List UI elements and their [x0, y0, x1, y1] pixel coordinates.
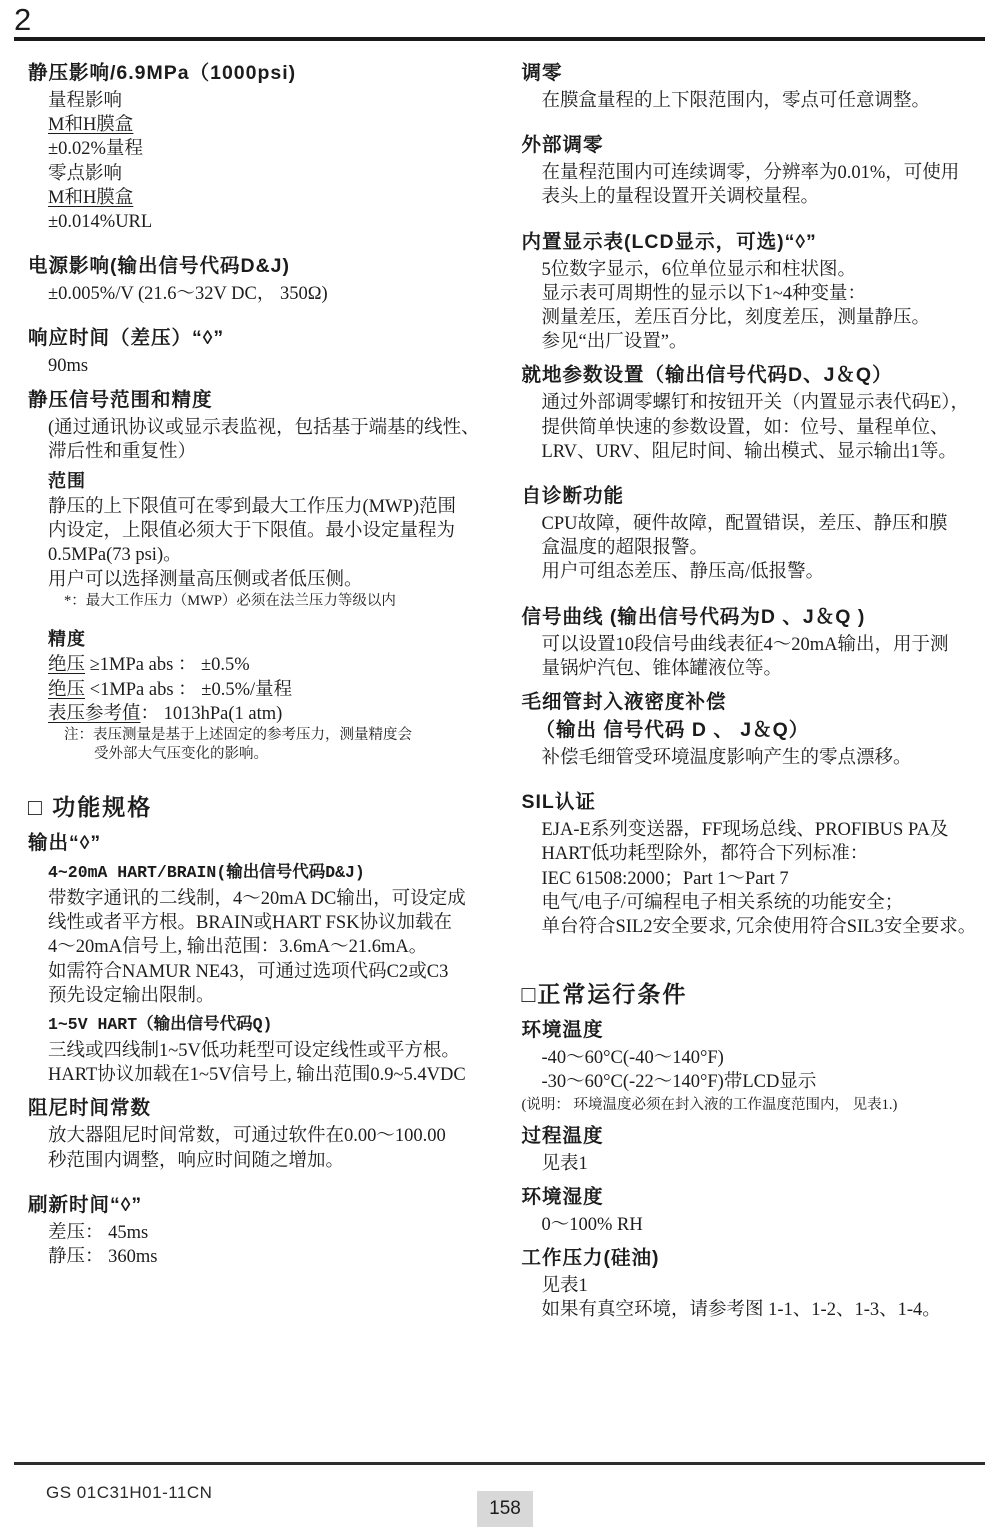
section-title: □ 功能规格 — [28, 792, 492, 822]
text-span: 通过外部调零螺钉和按钮开关（内置显示表代码E）， — [542, 393, 970, 413]
spec-text: 提供简单快速的参数设置，如：位号、量程单位、 — [522, 416, 986, 440]
text-span: 滞后性和重复性） — [48, 442, 196, 462]
text-span: 线性或者平方根。BRAIN或HART FSK协议加载在 — [48, 913, 452, 933]
text-span: ： 1013hPa(1 atm) — [141, 704, 283, 724]
text-span: 差压： 45ms — [48, 1223, 148, 1243]
spacer — [522, 464, 986, 475]
text-span: <1MPa abs ： ±0.5%/量程 — [85, 680, 292, 700]
text-span: CPU故障，硬件故障，配置错误，差压、静压和膜 — [542, 514, 948, 534]
spacer — [522, 585, 986, 596]
spacer — [28, 306, 492, 317]
text-span: 输出“◊” — [28, 832, 101, 854]
spec-text: 静压的上下限值可在零到最大工作压力(MWP)范围 — [28, 495, 492, 519]
text-span: ±0.02%量程 — [48, 139, 143, 159]
text-span: 电源影响(输出信号代码D&J) — [28, 255, 290, 277]
spec-text: 见表1 — [522, 1274, 986, 1298]
page-number: 2 — [14, 4, 31, 35]
text-span: 就地参数设置（输出信号代码D、J＆Q） — [522, 364, 893, 386]
spec-heading: 静压影响/6.9MPa（1000psi) — [28, 61, 492, 86]
underlined-term: M和H膜盒 — [48, 115, 133, 135]
text-span: □正常运行条件 — [522, 981, 688, 1007]
spec-heading: 刷新时间“◊” — [28, 1193, 492, 1218]
text-span: 测量差压，差压百分比，刻度差压，测量静压。 — [542, 308, 931, 328]
spacer — [522, 113, 986, 124]
spec-heading: 毛细管封入液密度补偿 — [522, 690, 986, 715]
spec-text: 0.5MPa(73 psi)。 — [28, 543, 492, 567]
spec-text: 放大器阻尼时间常数，可通过软件在0.00～100.00 — [28, 1124, 492, 1148]
text-span: 量程影响 — [48, 91, 122, 111]
spec-text: 如需符合NAMUR NE43，可通过选项代码C2或C3 — [28, 960, 492, 984]
text-span: SIL认证 — [522, 791, 596, 813]
text-span: 显示表可周期性的显示以下1~4种变量： — [542, 284, 867, 304]
spec-text: 表压参考值： 1013hPa(1 atm) — [28, 702, 492, 726]
spec-text: HART低功耗型除外，都符合下列标准： — [522, 842, 986, 866]
spec-text: 补偿毛细管受环境温度影响产生的零点漂移。 — [522, 746, 986, 770]
spec-note: 注：表压测量是基于上述固定的参考压力，测量精度会 — [28, 726, 492, 746]
spec-text: ±0.02%量程 — [28, 137, 492, 161]
spec-text: 带数字通讯的二线制，4～20mA DC输出，可设定成 — [28, 887, 492, 911]
spec-heading: 就地参数设置（输出信号代码D、J＆Q） — [522, 363, 986, 388]
spec-text: 测量差压，差压百分比，刻度差压，测量静压。 — [522, 306, 986, 330]
footer-page-badge: 158 — [477, 1491, 533, 1527]
text-span: 见表1 — [542, 1276, 588, 1296]
underlined-term: 绝压 — [48, 655, 85, 675]
spec-text: ±0.005%/V (21.6～32V DC， 350Ω) — [28, 282, 492, 306]
text-span: 秒范围内调整，响应时间随之增加。 — [48, 1151, 344, 1171]
text-span: IEC 61508:2000；Part 1～Part 7 — [542, 869, 789, 889]
spacer — [522, 939, 986, 963]
text-span: 带数字通讯的二线制，4～20mA DC输出，可设定成 — [48, 889, 466, 909]
spec-text: 在量程范围内可连续调零，分辨率为0.01%，可使用 — [522, 161, 986, 185]
spec-text: IEC 61508:2000；Part 1～Part 7 — [522, 867, 986, 891]
text-span: 受外部大气压变化的影响。 — [94, 746, 268, 762]
spec-subheading: 范围 — [28, 469, 492, 493]
text-span: HART协议加载在1~5V信号上, 输出范围0.9~5.4VDC — [48, 1065, 466, 1085]
spec-heading: 信号曲线 (输出信号代码为D 、J＆Q ) — [522, 605, 986, 630]
footer-rule — [14, 1462, 985, 1465]
document-page: 2 静压影响/6.9MPa（1000psi)量程影响M和H膜盒±0.02%量程零… — [0, 0, 1000, 1535]
spec-text: 可以设置10段信号曲线表征4～20mA输出，用于测 — [522, 633, 986, 657]
spec-text: 0～100% RH — [522, 1213, 986, 1237]
text-span: （输出 信号代码 D 、 J＆Q） — [536, 719, 810, 741]
text-span: 范围 — [48, 471, 86, 491]
text-span: 外部调零 — [522, 134, 604, 156]
spec-note: 受外部大气压变化的影响。 — [28, 745, 492, 765]
spec-text: 盒温度的超限报警。 — [522, 536, 986, 560]
spec-text: EJA-E系列变送器，FF现场总线、PROFIBUS PA及 — [522, 818, 986, 842]
spec-heading: 调零 — [522, 61, 986, 86]
text-span: 注：表压测量是基于上述固定的参考压力，测量精度会 — [64, 727, 412, 743]
spec-text: 量程影响 — [28, 89, 492, 113]
text-span: 环境温度 — [522, 1019, 604, 1041]
text-span: -40～60°C(-40～140°F) — [542, 1048, 724, 1068]
text-span: 见表1 — [542, 1154, 588, 1174]
spec-text: 线性或者平方根。BRAIN或HART FSK协议加载在 — [28, 911, 492, 935]
text-span: (说明： 环境温度必须在封入液的工作温度范围内， 见表1.) — [522, 1097, 898, 1113]
spec-text: 用户可组态差压、静压高/低报警。 — [522, 560, 986, 584]
spec-text: 单台符合SIL2安全要求, 冗余使用符合SIL3安全要求。 — [522, 915, 986, 939]
spec-text: 内设定，上限值必须大于下限值。最小设定量程为 — [28, 519, 492, 543]
text-span: ±0.014%URL — [48, 212, 152, 232]
text-span: 如需符合NAMUR NE43，可通过选项代码C2或C3 — [48, 962, 448, 982]
text-span: 内置显示表(LCD显示，可选)“◊” — [522, 231, 817, 253]
text-span: -30～60°C(-22～140°F)带LCD显示 — [542, 1072, 817, 1092]
spec-text: 滞后性和重复性） — [28, 440, 492, 464]
text-span: 1~5V HART（输出信号代码Q) — [48, 1015, 272, 1034]
text-span: 4～20mA信号上, 输出范围：3.6mA～21.6mA。 — [48, 937, 427, 957]
underlined-term: M和H膜盒 — [48, 188, 133, 208]
text-span: *：最大工作压力（MWP）必须在法兰压力等级以内 — [64, 593, 396, 609]
text-span: 工作压力(硅油) — [522, 1247, 660, 1269]
text-span: 5位数字显示，6位单位显示和柱状图。 — [542, 260, 857, 280]
spec-text: 预先设定输出限制。 — [28, 984, 492, 1008]
text-span: LRV、URV、阻尼时间、输出模式、显示输出1等。 — [542, 442, 957, 462]
text-span: 静压： 360ms — [48, 1247, 157, 1267]
text-span: 零点影响 — [48, 164, 122, 184]
text-span: (通过通讯协议或显示表监视，包括基于端基的线性、 — [48, 418, 480, 438]
text-span: EJA-E系列变送器，FF现场总线、PROFIBUS PA及 — [542, 820, 949, 840]
spec-note: *：最大工作压力（MWP）必须在法兰压力等级以内 — [28, 592, 492, 612]
underlined-term: 表压参考值 — [48, 704, 141, 724]
spec-text: 绝压 ≥1MPa abs ： ±0.5% — [28, 653, 492, 677]
text-span: 提供简单快速的参数设置，如：位号、量程单位、 — [542, 418, 949, 438]
spacer — [28, 765, 492, 776]
text-span: 调零 — [522, 62, 563, 84]
spec-subheading: 1~5V HART（输出信号代码Q) — [28, 1013, 492, 1037]
spec-text: 参见“出厂设置”。 — [522, 330, 986, 354]
text-span: 精度 — [48, 629, 86, 649]
text-span: 用户可以选择测量高压侧或者低压侧。 — [48, 570, 363, 590]
underlined-term: 绝压 — [48, 680, 85, 700]
page-content: 静压影响/6.9MPa（1000psi)量程影响M和H膜盒±0.02%量程零点影… — [28, 52, 985, 1322]
spec-text: -30～60°C(-22～140°F)带LCD显示 — [522, 1070, 986, 1094]
text-span: 0～100% RH — [542, 1215, 643, 1235]
text-span: 静压信号范围和精度 — [28, 389, 213, 411]
spacer — [28, 234, 492, 245]
spec-text: 秒范围内调整，响应时间随之增加。 — [28, 1149, 492, 1173]
right-column: 调零在膜盒量程的上下限范围内，零点可任意调整。外部调零在量程范围内可连续调零，分… — [522, 52, 986, 1322]
document-number: GS 01C31H01-11CN — [46, 1483, 212, 1503]
text-span: 单台符合SIL2安全要求, 冗余使用符合SIL3安全要求。 — [542, 917, 977, 937]
text-span: 信号曲线 (输出信号代码为D 、J＆Q ) — [522, 606, 866, 628]
spacer — [522, 210, 986, 221]
spec-heading: 电源影响(输出信号代码D&J) — [28, 254, 492, 279]
text-span: 电气/电子/可编程电子相关系统的功能安全； — [542, 893, 904, 913]
spec-heading: 过程温度 — [522, 1124, 986, 1149]
text-span: 在膜盒量程的上下限范围内，零点可任意调整。 — [542, 91, 931, 111]
text-span: 放大器阻尼时间常数，可通过软件在0.00～100.00 — [48, 1126, 446, 1146]
text-span: 刷新时间“◊” — [28, 1194, 142, 1216]
text-span: 响应时间（差压）“◊” — [28, 327, 224, 349]
spec-subheading: 4~20mA HART/BRAIN(输出信号代码D&J) — [28, 861, 492, 885]
text-span: 自诊断功能 — [522, 485, 625, 507]
text-span: 三线或四线制1~5V低功耗型可设定线性或平方根。 — [48, 1041, 460, 1061]
text-span: 毛细管封入液密度补偿 — [522, 691, 727, 713]
text-span: 过程温度 — [522, 1125, 604, 1147]
spec-text: 5位数字显示，6位单位显示和柱状图。 — [522, 258, 986, 282]
spacer — [522, 770, 986, 781]
spec-text: 电气/电子/可编程电子相关系统的功能安全； — [522, 891, 986, 915]
spec-text: 90ms — [28, 354, 492, 378]
spec-text: -40～60°C(-40～140°F) — [522, 1046, 986, 1070]
text-span: 在量程范围内可连续调零，分辨率为0.01%，可使用 — [542, 163, 960, 183]
text-span: 补偿毛细管受环境温度影响产生的零点漂移。 — [542, 748, 912, 768]
spec-text: M和H膜盒 — [28, 113, 492, 137]
spec-heading: 环境湿度 — [522, 1185, 986, 1210]
left-column: 静压影响/6.9MPa（1000psi)量程影响M和H膜盒±0.02%量程零点影… — [28, 52, 492, 1322]
text-span: ≥1MPa abs ： ±0.5% — [85, 655, 250, 675]
spec-text: 零点影响 — [28, 162, 492, 186]
spec-text: 三线或四线制1~5V低功耗型可设定线性或平方根。 — [28, 1039, 492, 1063]
spec-text: 量锅炉汽包、锥体罐液位等。 — [522, 657, 986, 681]
spacer — [28, 1173, 492, 1184]
spec-heading: 环境温度 — [522, 1018, 986, 1043]
text-span: HART低功耗型除外，都符合下列标准： — [542, 844, 869, 864]
spec-heading: 工作压力(硅油) — [522, 1246, 986, 1271]
text-span: 4~20mA HART/BRAIN(输出信号代码D&J) — [48, 863, 365, 882]
text-span: 预先设定输出限制。 — [48, 986, 215, 1006]
spec-text: CPU故障，硬件故障，配置错误，差压、静压和膜 — [522, 512, 986, 536]
spec-text: (通过通讯协议或显示表监视，包括基于端基的线性、 — [28, 416, 492, 440]
spec-text: 见表1 — [522, 1152, 986, 1176]
spec-text: 显示表可周期性的显示以下1~4种变量： — [522, 282, 986, 306]
spec-text: 4～20mA信号上, 输出范围：3.6mA～21.6mA。 — [28, 935, 492, 959]
spec-heading: 阻尼时间常数 — [28, 1096, 492, 1121]
spec-heading: 响应时间（差压）“◊” — [28, 326, 492, 351]
spec-heading: 输出“◊” — [28, 831, 492, 856]
spec-heading: 静压信号范围和精度 — [28, 388, 492, 413]
text-span: 内设定，上限值必须大于下限值。最小设定量程为 — [48, 521, 455, 541]
spec-note: (说明： 环境温度必须在封入液的工作温度范围内， 见表1.) — [522, 1095, 986, 1115]
spec-text: 表头上的量程设置开关调校量程。 — [522, 185, 986, 209]
spec-text: M和H膜盒 — [28, 186, 492, 210]
text-span: 可以设置10段信号曲线表征4～20mA输出，用于测 — [542, 635, 949, 655]
text-span: 盒温度的超限报警。 — [542, 538, 709, 558]
spec-text: 通过外部调零螺钉和按钮开关（内置显示表代码E）， — [522, 391, 986, 415]
header-rule — [14, 37, 985, 41]
spec-subheading: 精度 — [28, 627, 492, 651]
section-title: □正常运行条件 — [522, 979, 986, 1009]
spacer — [28, 611, 492, 622]
text-span: ±0.005%/V (21.6～32V DC， 350Ω) — [48, 284, 328, 304]
spec-text: ±0.014%URL — [28, 210, 492, 234]
text-span: 90ms — [48, 356, 88, 376]
spec-text: 在膜盒量程的上下限范围内，零点可任意调整。 — [522, 89, 986, 113]
spec-heading: 内置显示表(LCD显示，可选)“◊” — [522, 230, 986, 255]
spec-text: 如果有真空环境，请参考图 1-1、1-2、1-3、1-4。 — [522, 1298, 986, 1322]
text-span: 表头上的量程设置开关调校量程。 — [542, 187, 820, 207]
spec-text: LRV、URV、阻尼时间、输出模式、显示输出1等。 — [522, 440, 986, 464]
spec-text: 绝压 <1MPa abs ： ±0.5%/量程 — [28, 678, 492, 702]
text-span: 量锅炉汽包、锥体罐液位等。 — [542, 659, 783, 679]
spec-heading: （输出 信号代码 D 、 J＆Q） — [522, 718, 986, 743]
text-span: □ 功能规格 — [28, 794, 152, 820]
text-span: 0.5MPa(73 psi)。 — [48, 545, 182, 565]
text-span: 参见“出厂设置”。 — [542, 332, 688, 352]
text-span: 环境湿度 — [522, 1186, 604, 1208]
spec-text: 静压： 360ms — [28, 1245, 492, 1269]
text-span: 阻尼时间常数 — [28, 1097, 151, 1119]
spec-heading: SIL认证 — [522, 790, 986, 815]
spec-text: 用户可以选择测量高压侧或者低压侧。 — [28, 568, 492, 592]
spec-heading: 外部调零 — [522, 133, 986, 158]
text-span: 用户可组态差压、静压高/低报警。 — [542, 562, 825, 582]
text-span: 如果有真空环境，请参考图 1-1、1-2、1-3、1-4。 — [542, 1300, 941, 1320]
text-span: 静压的上下限值可在零到最大工作压力(MWP)范围 — [48, 497, 456, 517]
spec-text: 差压： 45ms — [28, 1221, 492, 1245]
spec-text: HART协议加载在1~5V信号上, 输出范围0.9~5.4VDC — [28, 1063, 492, 1087]
spec-heading: 自诊断功能 — [522, 484, 986, 509]
text-span: 静压影响/6.9MPa（1000psi) — [28, 62, 296, 84]
